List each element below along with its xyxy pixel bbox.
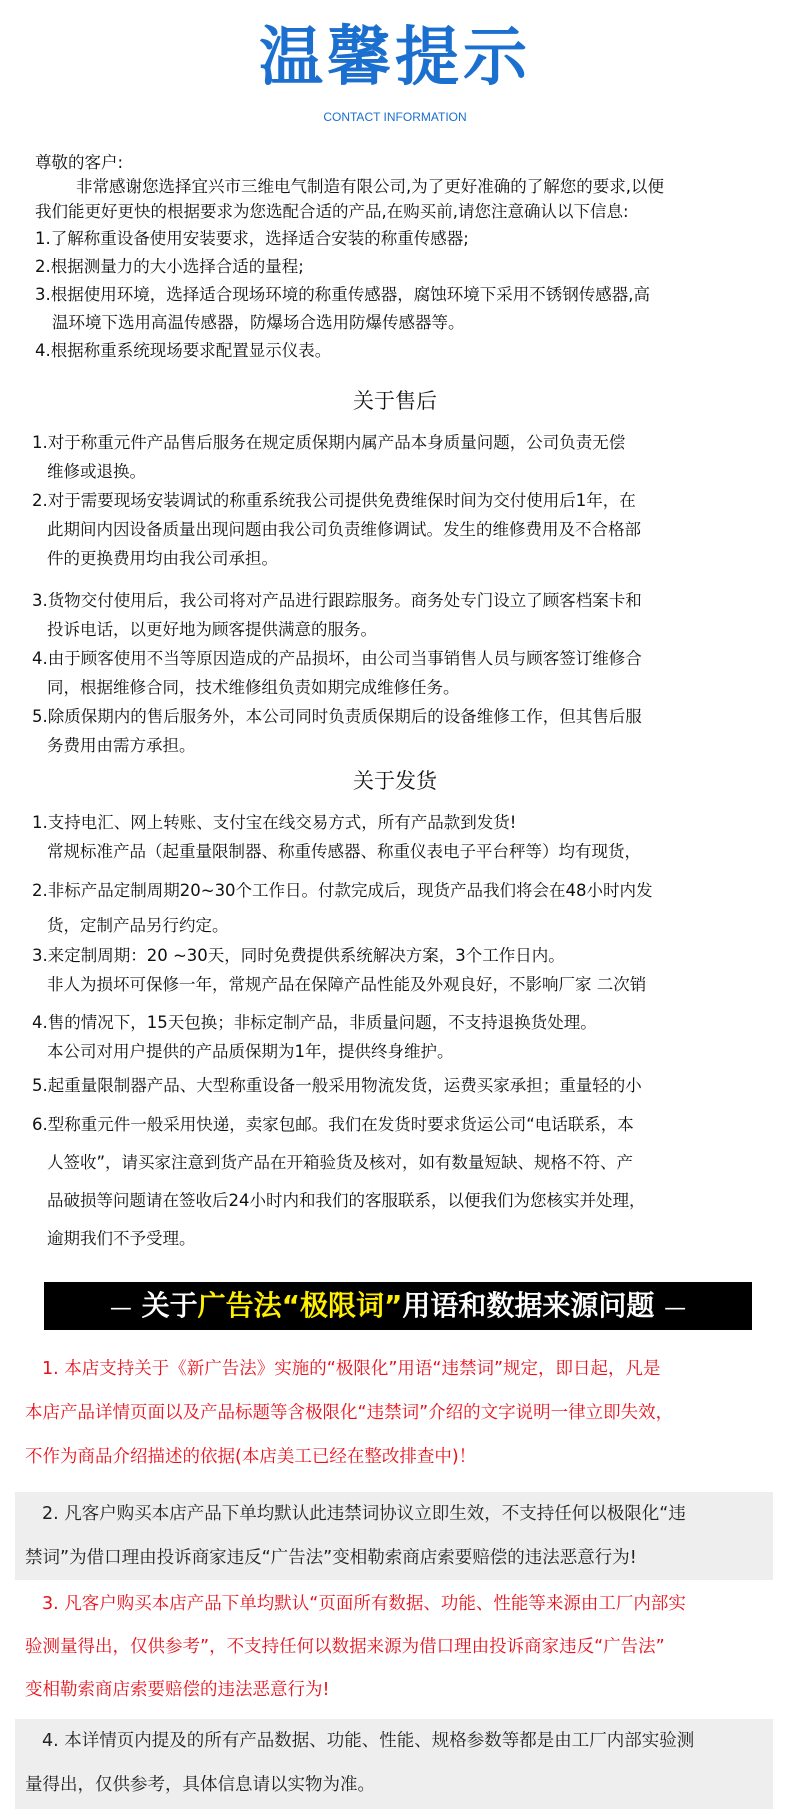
banner-text-part1: 关于 <box>142 1289 198 1322</box>
after-sales-line: 2.对于需要现场安装调试的称重系统我公司提供免费维保时间为交付使用后1年，在 <box>32 490 636 512</box>
banner-text-part2: 用语和数据来源问题 <box>402 1289 654 1322</box>
shipping-line: 6.型称重元件一般采用快递，卖家包邮。我们在发货时要求货运公司“电话联系，本 <box>32 1114 634 1136</box>
shipping-line: 人签收”，请买家注意到货产品在开箱验货及核对，如有数量短缺、规格不符、产 <box>47 1152 633 1174</box>
notice-line: 禁词”为借口理由投诉商家违反“广告法”变相勒索商店索要赔偿的违法恶意行为! <box>25 1546 637 1570</box>
after-sales-line: 4.由于顾客使用不当等原因造成的产品损坏，由公司当事销售人员与顾客签订维修合 <box>32 648 642 670</box>
shipping-line: 本公司对用户提供的产品质保期为1年，提供终身维护。 <box>47 1041 454 1063</box>
shipping-line: 4.售的情况下，15天包换；非标定制产品，非质量问题，不支持退换货处理。 <box>32 1012 597 1034</box>
greeting: 尊敬的客户: <box>35 152 123 174</box>
shipping-line: 货，定制产品另行约定。 <box>47 915 229 937</box>
after-sales-line: 维修或退换。 <box>47 461 146 483</box>
notice-line: 本店产品详情页面以及产品标题等含极限化“违禁词”介绍的文字说明一律立即失效， <box>25 1401 673 1425</box>
section-title-shipping: 关于发货 <box>0 768 790 794</box>
banner-dash-left: — <box>110 1296 132 1321</box>
notice-line: 不作为商品介绍描述的依据(本店美工已经在整改排查中)！ <box>25 1445 476 1469</box>
intro-item: 3.根据使用环境，选择适合现场环境的称重传感器，腐蚀环境下采用不锈钢传感器,高 <box>35 284 650 306</box>
shipping-line: 2.非标产品定制周期20~30个工作日。付款完成后，现货产品我们将会在48小时内… <box>32 880 653 902</box>
shipping-line: 常规标准产品（起重量限制器、称重传感器、称重仪表电子平台秤等）均有现货， <box>47 841 641 863</box>
notice-line: 1. 本店支持关于《新广告法》实施的“极限化”用语“违禁词”规定，即日起，凡是 <box>42 1357 661 1381</box>
after-sales-line: 5.除质保期内的售后服务外，本公司同时负责质保期后的设备维修工作，但其售后服 <box>32 706 642 728</box>
ad-law-banner: — 关于广告法“极限词”用语和数据来源问题 — <box>44 1282 752 1330</box>
banner-dash-right: — <box>664 1296 686 1321</box>
notice-block-4: 4. 本详情页内提及的所有产品数据、功能、性能、规格参数等都是由工厂内部实验测 … <box>15 1719 773 1809</box>
intro-item: 1.了解称重设备使用安装要求，选择适合安装的称重传感器; <box>35 228 469 250</box>
page-subtitle: CONTACT INFORMATION <box>0 110 790 124</box>
after-sales-line: 3.货物交付使用后，我公司将对产品进行跟踪服务。商务处专门设立了顾客档案卡和 <box>32 590 642 612</box>
section-title-after-sales: 关于售后 <box>0 388 790 414</box>
page-title: 温馨提示 <box>0 18 790 98</box>
shipping-line: 品破损等问题请在签收后24小时内和我们的客服联系，以便我们为您核实并处理， <box>47 1190 646 1212</box>
notice-line: 变相勒索商店索要赔偿的违法恶意行为! <box>25 1678 330 1702</box>
intro-item: 2.根据测量力的大小选择合适的量程; <box>35 256 304 278</box>
after-sales-line: 此期间内因设备质量出现问题由我公司负责维修调试。发生的维修费用及不合格部 <box>47 519 641 541</box>
intro-item-cont: 温环境下选用高温传感器，防爆场合选用防爆传感器等。 <box>52 312 465 334</box>
after-sales-line: 件的更换费用均由我公司承担。 <box>47 548 278 570</box>
intro-line: 非常感谢您选择宜兴市三维电气制造有限公司,为了更好准确的了解您的要求,以便 <box>76 176 664 198</box>
intro-item: 4.根据称重系统现场要求配置显示仪表。 <box>35 340 331 362</box>
shipping-line: 逾期我们不予受理。 <box>47 1228 196 1250</box>
after-sales-line: 同，根据维修合同，技术维修组负责如期完成维修任务。 <box>47 677 460 699</box>
notice-block-3: 3. 凡客户购买本店产品下单均默认“页面所有数据、功能、性能等来源由工厂内部实 … <box>15 1582 773 1710</box>
notice-line: 量得出，仅供参考，具体信息请以实物为准。 <box>25 1773 375 1797</box>
banner-highlight: 广告法“极限词” <box>198 1289 403 1322</box>
shipping-line: 非人为损坏可保修一年，常规产品在保障产品性能及外观良好，不影响厂家 二次销 <box>47 974 646 996</box>
after-sales-line: 务费用由需方承担。 <box>47 735 196 757</box>
notice-block-2: 2. 凡客户购买本店产品下单均默认此违禁词协议立即生效，不支持任何以极限化“违 … <box>15 1492 773 1580</box>
notice-line: 4. 本详情页内提及的所有产品数据、功能、性能、规格参数等都是由工厂内部实验测 <box>42 1729 694 1753</box>
notice-line: 验测量得出，仅供参考”，不支持任何以数据来源为借口理由投诉商家违反“广告法” <box>25 1635 665 1659</box>
after-sales-line: 投诉电话，以更好地为顾客提供满意的服务。 <box>47 619 377 641</box>
notice-line: 3. 凡客户购买本店产品下单均默认“页面所有数据、功能、性能等来源由工厂内部实 <box>42 1592 686 1616</box>
notice-line: 2. 凡客户购买本店产品下单均默认此违禁词协议立即生效，不支持任何以极限化“违 <box>42 1502 686 1526</box>
intro-line: 我们能更好更快的根据要求为您选配合适的产品,在购买前,请您注意确认以下信息: <box>35 201 629 223</box>
shipping-line: 3.来定制周期：20 ~30天，同时免费提供系统解决方案，3个工作日内。 <box>32 945 565 967</box>
shipping-line: 1.支持电汇、网上转账、支付宝在线交易方式，所有产品款到发货! <box>32 812 516 834</box>
shipping-line: 5.起重量限制器产品、大型称重设备一般采用物流发货，运费买家承担；重量轻的小 <box>32 1075 642 1097</box>
notice-block-1: 1. 本店支持关于《新广告法》实施的“极限化”用语“违禁词”规定，即日起，凡是 … <box>15 1345 773 1480</box>
after-sales-line: 1.对于称重元件产品售后服务在规定质保期内属产品本身质量问题，公司负责无偿 <box>32 432 625 454</box>
